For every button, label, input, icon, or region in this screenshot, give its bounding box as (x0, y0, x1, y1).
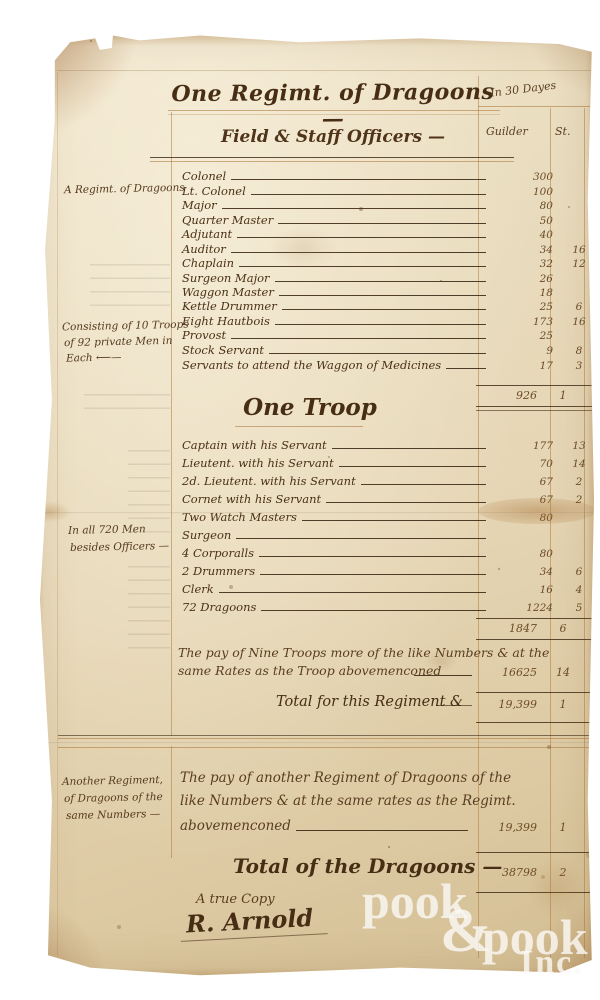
guilder-value: 80 (492, 512, 562, 524)
table-row: 72 Dragoons12245 (182, 599, 596, 614)
section-rule (58, 738, 592, 739)
bleed-through-lines (84, 382, 170, 418)
guilder-value: 300 (492, 171, 562, 183)
manuscript-sheet: One Regimt. of Dragoons — In 30 Dayes Gu… (28, 26, 598, 982)
leader-line (332, 448, 486, 449)
total-row: 387982 (476, 866, 580, 879)
leader-line (282, 309, 486, 310)
row-label: Waggon Master (182, 285, 277, 299)
leader-line (251, 194, 486, 195)
row-label: Surgeon Major (182, 271, 273, 285)
guilder-value: 67 (492, 476, 562, 488)
table-row: Cornet with his Servant672 (182, 491, 596, 506)
guilder-value: 34 (492, 566, 562, 578)
leader-line (296, 830, 468, 831)
margin-note: Consisting of 10 Troops (62, 319, 189, 334)
stiver-value: 2 (546, 866, 580, 879)
guilder-value: 9 (492, 345, 562, 357)
row-label: Captain with his Servant (182, 438, 330, 452)
row-label: Stock Servant (182, 343, 267, 357)
stiver-value: 6 (546, 622, 580, 635)
tape-stain (28, 502, 70, 522)
stiver-value: 12 (562, 258, 596, 270)
table-row: Surgeon Major26 (182, 270, 596, 285)
stiver-value: 1 (546, 821, 580, 834)
stiver-value: 6 (562, 301, 596, 313)
leader-line (414, 675, 472, 676)
stiver-value: 4 (562, 584, 596, 596)
guilder-value: 80 (492, 200, 562, 212)
leader-line (446, 368, 486, 369)
leader-line (231, 252, 486, 253)
table-row: 2d. Lieutent. with his Servant672 (182, 473, 596, 488)
total-label: Total for this Regiment & (276, 694, 463, 710)
signature: R. Arnold (179, 902, 328, 942)
stiver-value: 13 (562, 440, 596, 452)
paragraph-line: The pay of Nine Troops more of the like … (178, 645, 549, 660)
leader-line (237, 237, 486, 238)
guilder-value: 25 (492, 330, 562, 342)
stiver-value: 2 (562, 494, 596, 506)
leader-line (279, 295, 486, 296)
stiver-value: 14 (546, 666, 580, 679)
leader-line (219, 592, 486, 593)
subtitle-rule (150, 161, 514, 162)
total-rule (476, 639, 594, 640)
paragraph-line: same Rates as the Troop abovemenconed (178, 663, 441, 678)
page-title: One Regimt. of Dragoons — (168, 79, 498, 133)
stiver-value: 14 (562, 458, 596, 470)
leader-line (222, 208, 486, 209)
row-label: 72 Dragoons (182, 600, 259, 614)
total-rule (476, 722, 594, 723)
leader-line (259, 556, 486, 557)
total-rule (476, 406, 594, 407)
row-label: 2 Drummers (182, 564, 258, 578)
leader-line (236, 538, 486, 539)
leader-line (278, 223, 486, 224)
leader-line (339, 466, 486, 467)
guilder-value: 32 (492, 258, 562, 270)
section-title: One Troop (200, 394, 420, 421)
row-label: Auditor (182, 242, 229, 256)
section-rule (58, 747, 592, 748)
guilder-value: 19,399 (476, 821, 546, 834)
margin-rule (57, 72, 58, 956)
bleed-through-lines (128, 554, 170, 658)
guilder-value: 40 (492, 229, 562, 241)
total-row: 9261 (476, 389, 580, 402)
guilder-value: 1224 (492, 602, 562, 614)
row-label: Servants to attend the Waggon of Medicin… (182, 358, 444, 372)
guilder-value: 38798 (476, 866, 546, 879)
total-rule (476, 692, 594, 693)
section-title: Field & Staff Officers — (168, 127, 498, 147)
stiver-value: 5 (562, 602, 596, 614)
leader-line (269, 353, 486, 354)
row-label: Lt. Colonel (182, 184, 249, 198)
bleed-through-lines (128, 438, 170, 534)
margin-note: In all 720 Men (68, 523, 146, 537)
table-row: Surgeon (182, 527, 596, 542)
row-label: Quarter Master (182, 213, 276, 227)
column-divider (171, 112, 172, 736)
table-row: Servants to attend the Waggon of Medicin… (182, 357, 596, 372)
watermark-text: Inc. (520, 946, 584, 980)
value-row: 19,3991 (476, 821, 580, 834)
table-row: 2 Drummers346 (182, 563, 596, 578)
guilder-value: 70 (492, 458, 562, 470)
leader-line (275, 281, 486, 282)
photograph: One Regimt. of Dragoons — In 30 Dayes Gu… (0, 0, 600, 1000)
paragraph-line: like Numbers & at the same rates as the … (180, 793, 516, 809)
total-rule (476, 385, 594, 386)
guilder-value: 25 (492, 301, 562, 313)
fold-crease (28, 742, 598, 744)
column-period-header: In 30 Dayes (490, 73, 600, 99)
bleed-through-lines (90, 252, 170, 314)
row-label: Lieutent. with his Servant (182, 456, 337, 470)
row-label: Clerk (182, 582, 217, 596)
total-row: 19,3991 (476, 698, 580, 711)
row-label: Colonel (182, 169, 229, 183)
guilder-value: 17 (492, 360, 562, 372)
stiver-value: 1 (546, 698, 580, 711)
row-label: Adjutant (182, 227, 235, 241)
total-rule (476, 410, 594, 411)
leader-line (231, 179, 486, 180)
row-label: Eight Hautbois (182, 314, 273, 328)
leader-line (275, 324, 486, 325)
stiver-value: 1 (546, 389, 580, 402)
column-divider (171, 746, 172, 858)
margin-note: of Dragoons of the (64, 791, 163, 805)
leader-line (231, 338, 486, 339)
table-row: Provost25 (182, 327, 596, 342)
table-row: Auditor3416 (182, 241, 596, 256)
row-label: Provost (182, 328, 229, 342)
guilder-value: 16625 (476, 666, 546, 679)
stiver-value: 3 (562, 360, 596, 372)
top-rule (57, 70, 593, 71)
margin-note: Another Regiment, (62, 774, 163, 788)
guilder-value: 80 (492, 548, 562, 560)
column-stiver-header: St. (555, 125, 570, 138)
margin-note: same Numbers — (66, 808, 160, 822)
stiver-value: 6 (562, 566, 596, 578)
row-label: 2d. Lieutent. with his Servant (182, 474, 359, 488)
leader-line (436, 705, 472, 706)
leader-line (326, 502, 486, 503)
table-row: Major80 (182, 197, 596, 212)
subtitle-rule (150, 157, 514, 158)
heading-underline (235, 426, 363, 427)
row-label: Cornet with his Servant (182, 492, 324, 506)
leader-line (239, 266, 486, 267)
leader-line (361, 484, 486, 485)
table-row: Clerk164 (182, 581, 596, 596)
margin-note: Each ⟵— (66, 351, 122, 364)
table-row: 4 Corporalls80 (182, 545, 596, 560)
paragraph-line: The pay of another Regiment of Dragoons … (180, 770, 511, 786)
leader-line (261, 610, 486, 611)
stiver-value: 8 (562, 345, 596, 357)
total-rule (476, 618, 594, 619)
table-row: Quarter Master50 (182, 212, 596, 227)
row-label: Chaplain (182, 256, 237, 270)
margin-note: besides Officers — (70, 540, 169, 554)
guilder-value: 926 (476, 389, 546, 402)
row-label: 4 Corporalls (182, 546, 257, 560)
guilder-value: 16 (492, 584, 562, 596)
foxing-specks (90, 40, 92, 42)
value-row: 1662514 (476, 666, 580, 679)
table-row: Captain with his Servant17713 (182, 437, 596, 452)
table-row: Eight Hautbois17316 (182, 313, 596, 328)
section-rule (58, 735, 592, 736)
guilder-value: 19,399 (476, 698, 546, 711)
stiver-value: 2 (562, 476, 596, 488)
leader-line (302, 520, 486, 521)
table-row: Lt. Colonel100 (182, 183, 596, 198)
table-row: Stock Servant98 (182, 342, 596, 357)
row-label: Two Watch Masters (182, 510, 300, 524)
guilder-value: 177 (492, 440, 562, 452)
guilder-value: 67 (492, 494, 562, 506)
paragraph-line: abovemenconed (180, 818, 291, 834)
table-row: Two Watch Masters80 (182, 509, 596, 524)
margin-note: of 92 private Men in (64, 335, 173, 349)
guilder-value: 1847 (476, 622, 546, 635)
table-row: Colonel300 (182, 168, 596, 183)
row-label: Surgeon (182, 528, 234, 542)
row-label: Kettle Drummer (182, 299, 280, 313)
total-rule (476, 892, 594, 893)
table-row: Waggon Master18 (182, 284, 596, 299)
table-row: Adjutant40 (182, 226, 596, 241)
table-row: Lieutent. with his Servant7014 (182, 455, 596, 470)
table-row: Chaplain3212 (182, 255, 596, 270)
table-row: Kettle Drummer256 (182, 298, 596, 313)
total-row: 18476 (476, 622, 580, 635)
margin-note: A Regimt. of Dragoons (64, 182, 185, 197)
leader-line (260, 574, 486, 575)
row-label: Major (182, 198, 220, 212)
